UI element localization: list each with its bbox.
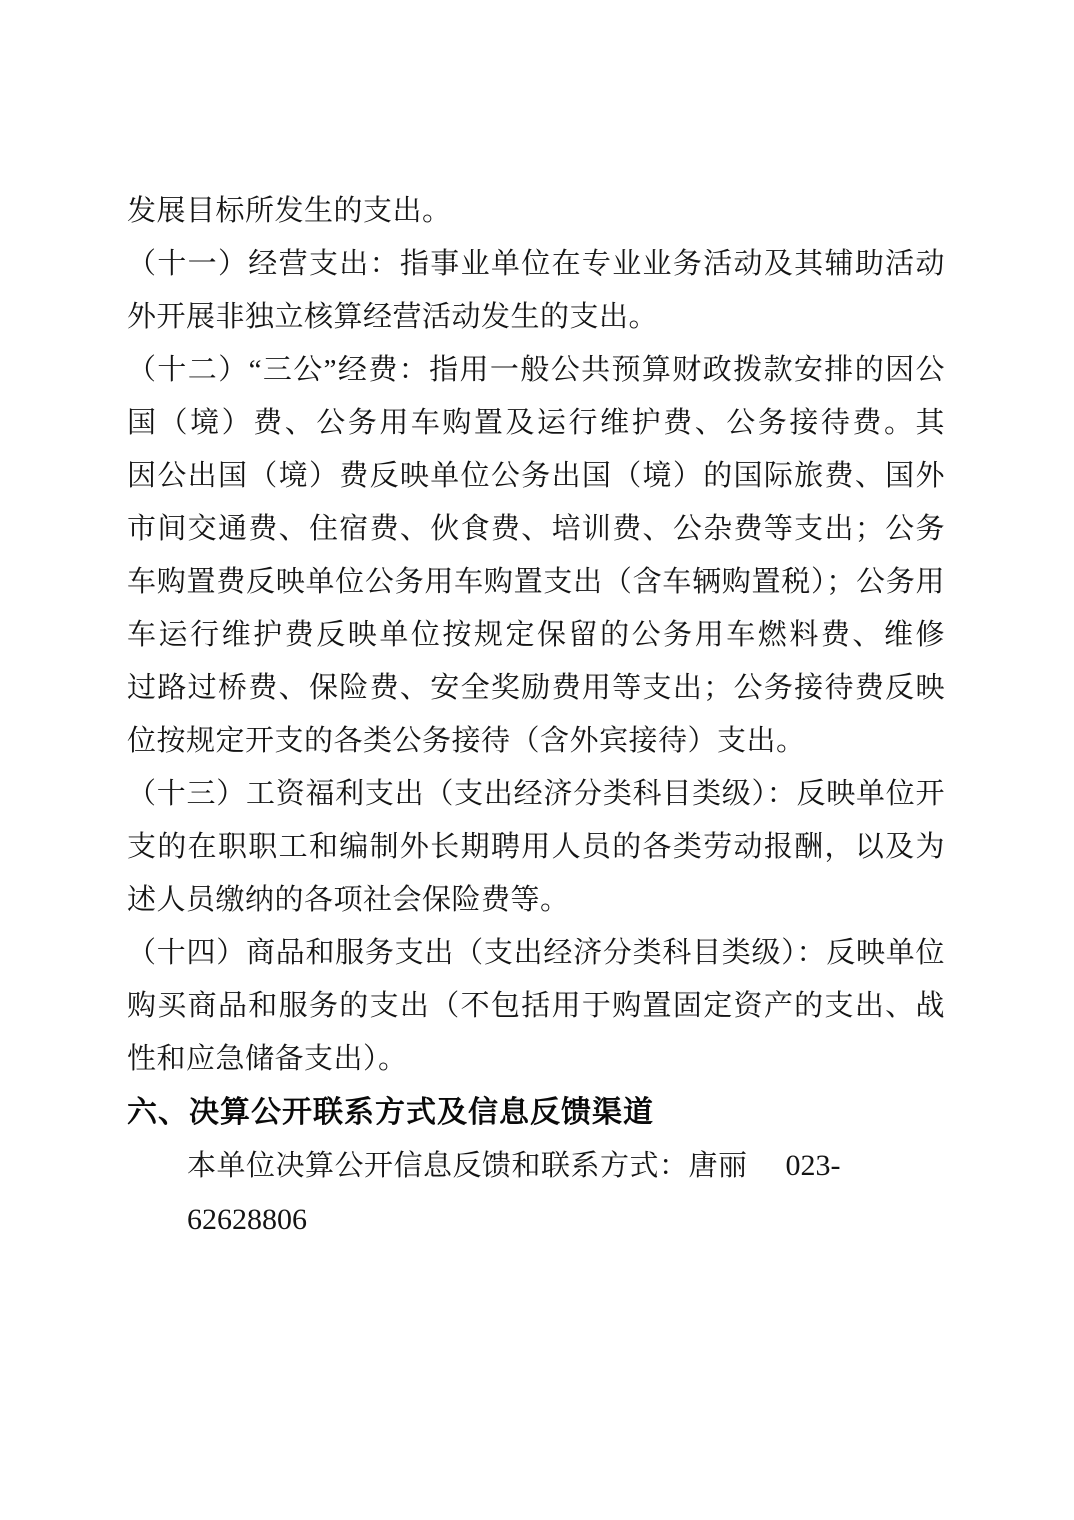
body-line-11: 位按规定开支的各类公务接待（含外宾接待）支出。 xyxy=(127,715,945,768)
body-line-10: 过路过桥费、保险费、安全奖励费用等支出；公务接待费反映单 xyxy=(127,662,945,715)
body-line-5: 国（境）费、公务用车购置及运行维护费、公务接待费。其中， xyxy=(127,397,945,450)
body-line-8: 车购置费反映单位公务用车购置支出（含车辆购置税）；公务用 xyxy=(127,556,945,609)
document-body: 发展目标所发生的支出。 （十一）经营支出：指事业单位在专业业务活动及其辅助活动之… xyxy=(127,185,945,1192)
body-line-3: 外开展非独立核算经营活动发生的支出。 xyxy=(127,291,945,344)
contact-line: 本单位决算公开信息反馈和联系方式：唐丽023-62628806 xyxy=(127,1139,945,1192)
body-line-9: 车运行维护费反映单位按规定保留的公务用车燃料费、维修费、 xyxy=(127,609,945,662)
body-line-2: （十一）经营支出：指事业单位在专业业务活动及其辅助活动之 xyxy=(127,238,945,291)
body-line-16: 购买商品和服务的支出（不包括用于购置固定资产的支出、战略 xyxy=(127,980,945,1033)
body-line-4: （十二）“三公”经费：指用一般公共预算财政拨款安排的因公出 xyxy=(127,344,945,397)
body-line-17: 性和应急储备支出）。 xyxy=(127,1033,945,1086)
body-line-12: （十三）工资福利支出（支出经济分类科目类级）：反映单位开 xyxy=(127,768,945,821)
body-line-6: 因公出国（境）费反映单位公务出国（境）的国际旅费、国外城 xyxy=(127,450,945,503)
body-line-1: 发展目标所发生的支出。 xyxy=(127,185,945,238)
body-line-7: 市间交通费、住宿费、伙食费、培训费、公杂费等支出；公务用 xyxy=(127,503,945,556)
body-line-13: 支的在职职工和编制外长期聘用人员的各类劳动报酬，以及为上 xyxy=(127,821,945,874)
body-line-14: 述人员缴纳的各项社会保险费等。 xyxy=(127,874,945,927)
body-line-15: （十四）商品和服务支出（支出经济分类科目类级）：反映单位 xyxy=(127,927,945,980)
contact-text: 本单位决算公开信息反馈和联系方式：唐丽 xyxy=(187,1150,748,1182)
document-page: 发展目标所发生的支出。 （十一）经营支出：指事业单位在专业业务活动及其辅助活动之… xyxy=(0,0,1074,1520)
section-6-heading: 六、决算公开联系方式及信息反馈渠道 xyxy=(127,1086,945,1139)
